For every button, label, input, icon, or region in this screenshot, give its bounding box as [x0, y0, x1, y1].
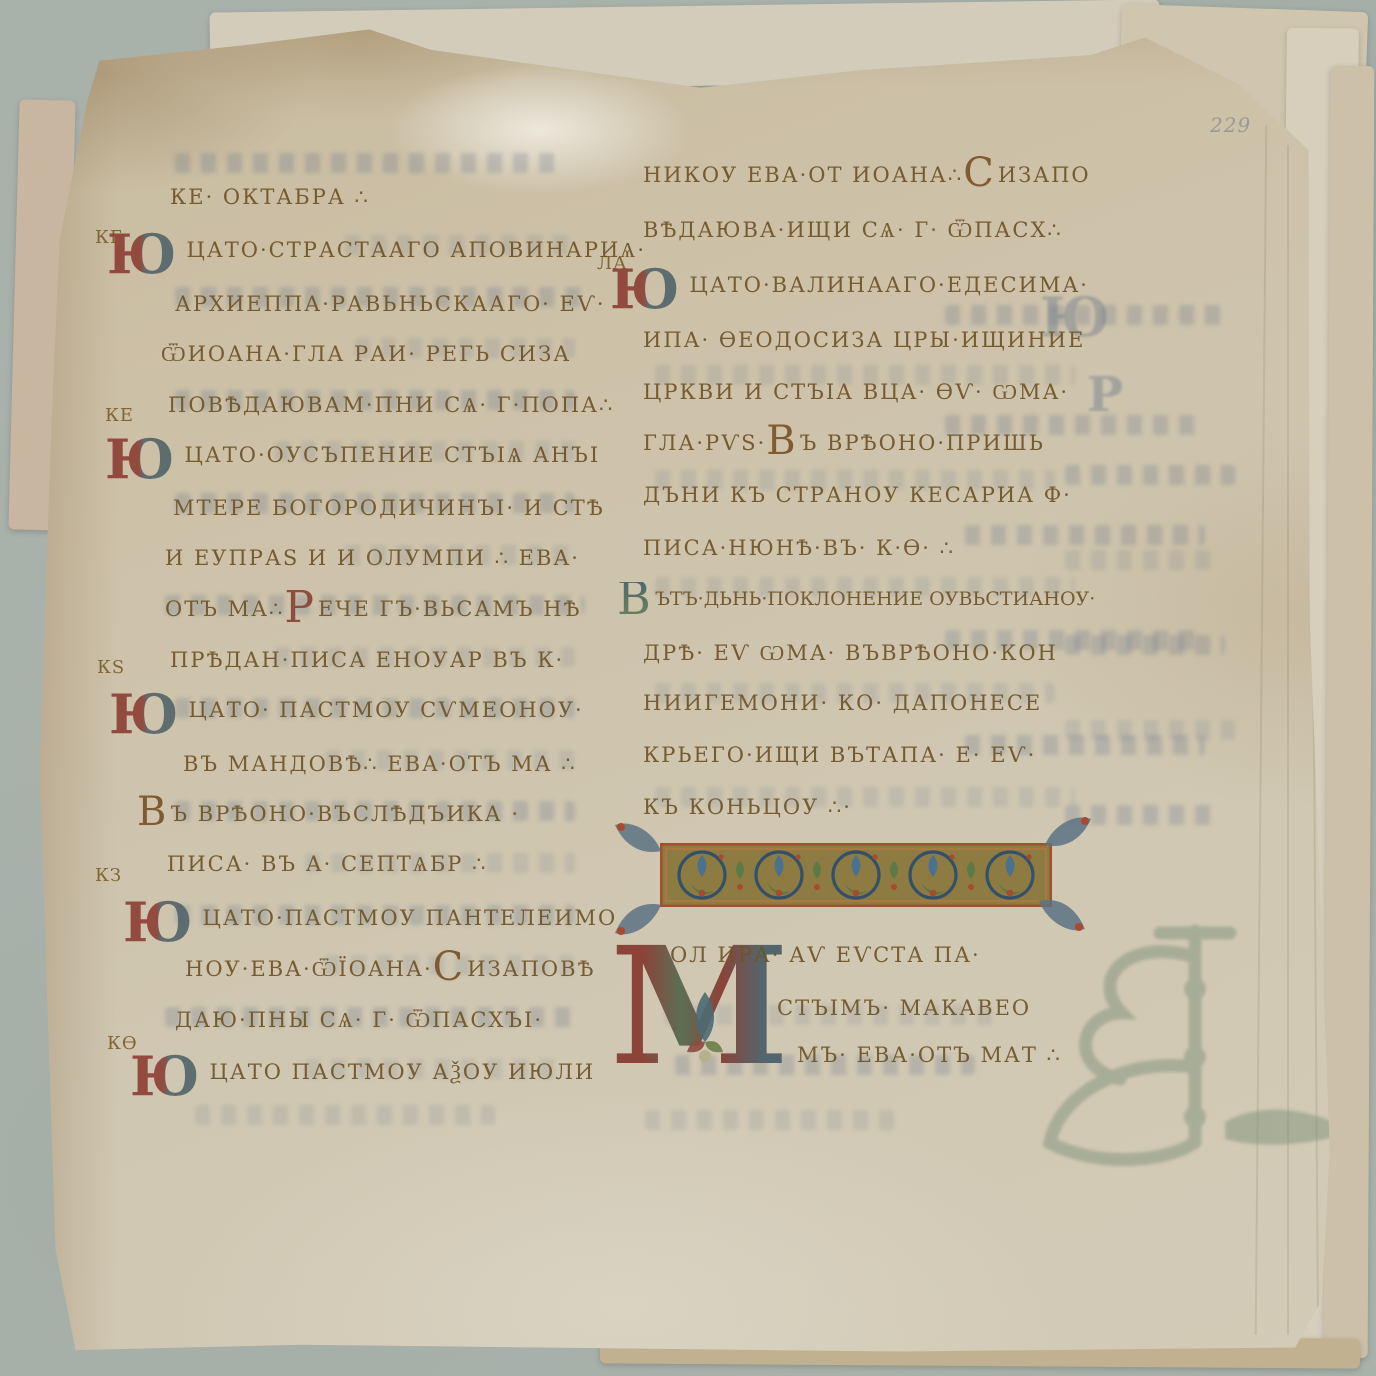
text-line: ГЛА·РѴЅ· ВЪ ВРѢОНО·ПРИШЬ	[643, 431, 1045, 455]
margin-note: КЗ	[95, 865, 122, 886]
line-text: ИПА· ѲЕОДОСИЗА ЦРЫ·ИЩИНИЕ	[643, 328, 1085, 352]
line-text: ЪТЪ·ДЬНЬ·ПОКЛОНЕНИЕ ОУВЬСТИАНОУ·	[655, 588, 1096, 610]
line-text: КЪ КОНЬЦОУ ∴·	[643, 795, 852, 819]
line-text: НИИГЕМОНИ· КО· ДАПОНЕСЕ	[643, 691, 1042, 715]
text-line: ПРѢДАН·ПИСА ЕНОУАР ВЪ К·	[170, 648, 564, 672]
text-line: НИКОУ ЕВА·ОТ ИОАНА∴ СИЗАПО	[643, 163, 1091, 187]
ghost-text-line	[1065, 635, 1225, 655]
margin-note: КЕ	[105, 405, 134, 426]
line-text: АРХИЕППА·РАВЬНЬСКААГО· ЕѴ·	[175, 292, 606, 316]
ghost-text-line	[175, 153, 565, 173]
line-text: ЦАТО ПАСТМОУ АѮОУ ИЮЛИ	[210, 1060, 596, 1085]
line-text: ЦАТО·СТРАСТААГО АПОВИНАРИѦ·	[187, 238, 647, 263]
text-line: СТЪІМЪ· МАКАВЕО	[777, 996, 1031, 1020]
ornate-initial-yu: Ю	[107, 232, 179, 278]
band-artwork	[660, 843, 1052, 907]
text-line: ПОВѢДАЮВАМ·ПНИ СѦ· Г·ПОПА∴	[168, 393, 614, 418]
ghost-initial-letter: Р	[1087, 367, 1123, 423]
margin-note: КЅ	[97, 657, 125, 678]
headpiece-corner-finial	[613, 817, 663, 861]
line-text: ВЪ МАНДОВѢ∴ ЕВА·ОТЪ МА ∴	[183, 752, 577, 776]
text-line: ЦРКВИ И СТЪІА ВЦА· ѲѴ· ѠМА·	[643, 380, 1069, 405]
line-text: ЦАТО· ПАСТМОУ СѴМЕОНОУ·	[189, 698, 584, 722]
text-line: ОЛ ИРА· АѴ ЕѴСТА ПА·	[670, 943, 981, 967]
line-text: ЦАТО·ВАЛИНААГО·ЕДЕСИМА·	[690, 273, 1089, 297]
text-line: КРЬЕГО·ИЩИ ВЪТАПА· Е· ЕѴ·	[643, 743, 1036, 767]
line-text: ИЗАПО	[998, 163, 1091, 187]
ornate-initial-yu: Ю	[130, 1054, 202, 1100]
line-text: ВѢДАЮВА·ИЩИ СѦ· Г· ѾПАСХ∴	[643, 218, 1063, 243]
line-text: ЦАТО·ПАСТМОУ ПАНТЕЛЕИМО	[203, 906, 618, 930]
text-line: ДРѢ· ЕѴ ѠМА· ВЪВРѢОНО·КОН	[643, 641, 1058, 666]
line-text: ОЛ ИРА· АѴ ЕѴСТА ПА·	[670, 943, 981, 967]
text-line: ВЪТЪ·ДЬНЬ·ПОКЛОНЕНИЕ ОУВЬСТИАНОУ·	[617, 588, 1095, 614]
text-line: И ЕУПРАЅ И И ОЛУМПИ ∴ ЕВА·	[165, 546, 580, 570]
ornate-inline-v: В	[617, 582, 653, 614]
ghost-text-line	[645, 1110, 895, 1130]
text-line: НИИГЕМОНИ· КО· ДАПОНЕСЕ	[643, 691, 1042, 715]
text-line: ДЪНИ КЪ СТРАНОУ КЕСАРИА Ф·	[643, 483, 1072, 507]
line-text: МТЕРЕ БОГОРОДИЧИНЪІ· И СТѢ	[173, 496, 605, 520]
ornate-initial-yu: Ю	[105, 437, 177, 483]
under-page-edge-right-2	[1324, 66, 1375, 1358]
line-text: Ъ ВРѢОНО·ПРИШЬ	[800, 431, 1045, 455]
text-line: ВЪ ВРѢОНО·ВЪСЛѢДЪИКА ·	[137, 802, 520, 826]
ghost-text-line	[1065, 550, 1215, 570]
text-line: ОТЪ МА∴ РЕЧЕ ГЪ·ВЬСАМЪ НѢ	[165, 597, 582, 624]
line-text: ЦАТО·ОУСЪПЕНИЕ СТЪІѦ АНЪІ	[185, 443, 601, 468]
line-text: ОТЪ МА∴	[165, 597, 284, 621]
text-line: МТЕРЕ БОГОРОДИЧИНЪІ· И СТѢ	[173, 496, 605, 520]
manuscript-page: 229 Ю Р КГ КЕ КЅ КЗ КѲ ЛА КЕ· ОКТАБРА ∴	[25, 5, 1355, 1361]
ornate-inline-v: В	[137, 798, 168, 826]
line-text: ПИСА·НЮНѢ·ВЪ· К·Ѳ· ∴	[643, 536, 955, 560]
line-text: ДЪНИ КЪ СТРАНОУ КЕСАРИА Ф·	[643, 483, 1072, 507]
text-line: ЮЦАТО·ВАЛИНААГО·ЕДЕСИМА·	[610, 273, 1089, 313]
text-line: ПИСА· ВЪ А· СЕПТѦБР ∴	[167, 852, 487, 877]
line-text: ПОВѢДАЮВАМ·ПНИ СѦ· Г·ПОПА∴	[168, 393, 614, 418]
line-text: СТЪІМЪ· МАКАВЕО	[777, 996, 1031, 1020]
text-line: КЪ КОНЬЦОУ ∴·	[643, 795, 852, 819]
line-text: ѾИОАНА·ГЛА РАИ· РЕГЬ СИЗА	[161, 342, 571, 367]
ghost-text-line	[1065, 720, 1235, 740]
text-line: ВѢДАЮВА·ИЩИ СѦ· Г· ѾПАСХ∴	[643, 218, 1063, 243]
line-text: НИКОУ ЕВА·ОТ ИОАНА∴	[643, 163, 963, 187]
line-text: И ЕУПРАЅ И И ОЛУМПИ ∴ ЕВА·	[165, 546, 580, 570]
text-line: ДАЮ·ПНЫ СѦ· Г· ѾПАСХЪІ·	[175, 1008, 543, 1033]
ornate-initial-yu: Ю	[610, 267, 682, 313]
ornate-initial-yu: Ю	[109, 692, 181, 738]
line-text: ИЗАПОВѢ	[467, 957, 595, 981]
line-text: КЕ· ОКТАБРА ∴	[170, 185, 370, 209]
text-line: ЮЦАТО· ПАСТМОУ СѴМЕОНОУ·	[109, 698, 584, 738]
line-text: ЕЧЕ ГЪ·ВЬСАМЪ НѢ	[318, 597, 582, 621]
line-text: ДАЮ·ПНЫ СѦ· Г· ѾПАСХЪІ·	[175, 1008, 543, 1033]
ornate-inline-r: Р	[284, 593, 316, 624]
ghost-text-line	[195, 1105, 495, 1125]
text-line: ѾИОАНА·ГЛА РАИ· РЕГЬ СИЗА	[161, 342, 571, 367]
ornate-inline-v: В	[766, 427, 797, 455]
line-text: ГЛА·РѴЅ·	[643, 431, 766, 455]
text-line: ЮЦАТО·СТРАСТААГО АПОВИНАРИѦ·	[107, 238, 646, 278]
line-text: ПРѢДАН·ПИСА ЕНОУАР ВЪ К·	[170, 648, 564, 672]
line-text: ЦРКВИ И СТЪІА ВЦА· ѲѴ· ѠМА·	[643, 380, 1069, 405]
line-text: Ъ ВРѢОНО·ВЪСЛѢДЪИКА ·	[170, 802, 520, 826]
line-text: ДРѢ· ЕѴ ѠМА· ВЪВРѢОНО·КОН	[643, 641, 1058, 666]
photo-of-manuscript: { "photo": { "folio_number": "229" }, "p…	[0, 0, 1376, 1376]
ornate-inline-s: С	[433, 953, 466, 981]
ornate-inline-s: С	[963, 159, 996, 187]
line-text: ПИСА· ВЪ А· СЕПТѦБР ∴	[167, 852, 487, 877]
headpiece-corner-finial	[1043, 811, 1093, 855]
text-line: ИПА· ѲЕОДОСИЗА ЦРЫ·ИЩИНИЕ	[643, 328, 1085, 352]
text-line: ВЪ МАНДОВѢ∴ ЕВА·ОТЪ МА ∴	[183, 752, 577, 776]
line-text: КРЬЕГО·ИЩИ ВЪТАПА· Е· ЕѴ·	[643, 743, 1036, 767]
text-line: ЮЦАТО ПАСТМОУ АѮОУ ИЮЛИ	[130, 1060, 595, 1100]
text-line: КЕ· ОКТАБРА ∴	[170, 185, 370, 209]
ghost-text-line	[1065, 465, 1235, 485]
text-line: ЮЦАТО·ОУСЪПЕНИЕ СТЪІѦ АНЪІ	[105, 443, 600, 483]
ornamental-band	[660, 843, 1052, 907]
folio-number: 229	[1210, 113, 1251, 137]
ghost-initial	[1010, 917, 1370, 1177]
text-line: АРХИЕППА·РАВЬНЬСКААГО· ЕѴ·	[175, 292, 606, 316]
line-text: НОУ·ЕВА·ѾЇОАНА·	[185, 957, 433, 982]
text-line: ЮЦАТО·ПАСТМОУ ПАНТЕЛЕИМО	[123, 906, 617, 946]
ghost-text-line	[965, 525, 1205, 545]
initial-m-palmette	[677, 990, 733, 1070]
text-line: НОУ·ЕВА·ѾЇОАНА· СИЗАПОВѢ	[185, 957, 596, 982]
text-line: ПИСА·НЮНѢ·ВЪ· К·Ѳ· ∴	[643, 536, 955, 560]
ornate-initial-yu: Ю	[123, 900, 195, 946]
